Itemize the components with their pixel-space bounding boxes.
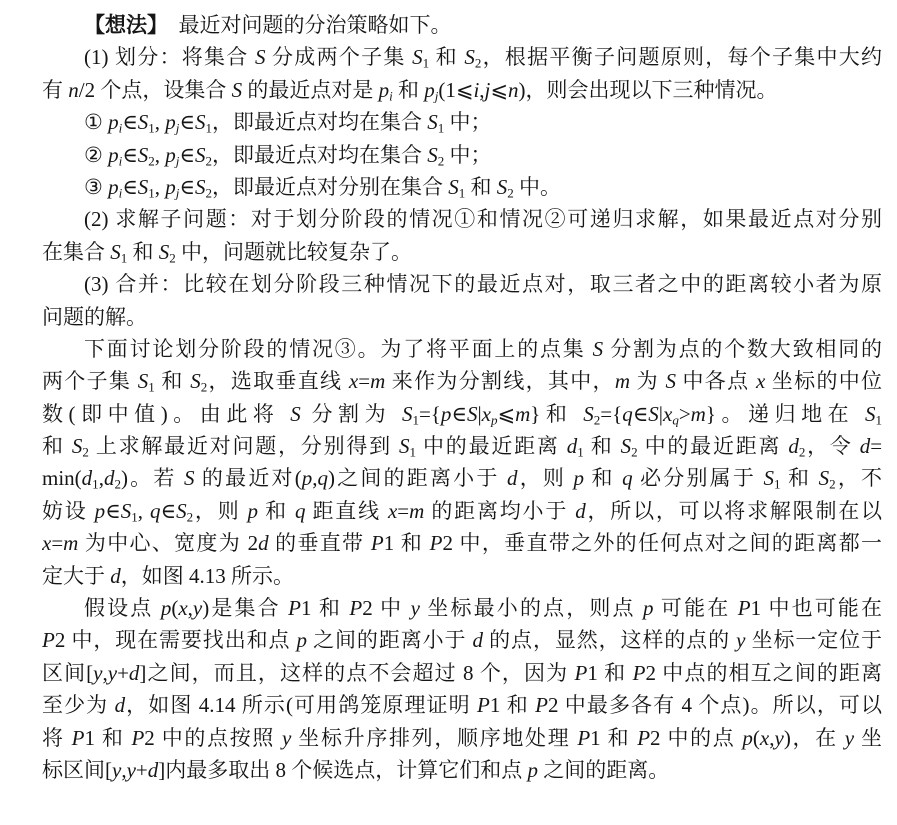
math-run: S1 [412, 45, 429, 69]
math-variable: S [110, 240, 121, 264]
math-run: p [248, 499, 259, 523]
math-variable: p [302, 466, 313, 490]
math-run: S2 [427, 143, 444, 167]
math-run: d1,d2 [82, 466, 121, 490]
text-run: 标区间 [42, 758, 105, 782]
math-run: S2 [190, 369, 207, 393]
math-run: S1 [448, 175, 465, 199]
math-symbol: ( [753, 726, 760, 750]
math-symbol: 2 [55, 628, 66, 652]
text-line: ② pi∈S2, pj∈S2，即最近点对均在集合 S2 中； [42, 139, 882, 171]
math-variable: p [742, 726, 753, 750]
math-symbol: 2 [144, 726, 155, 750]
math-variable: p [108, 110, 119, 134]
text-run: 距直线 [305, 499, 388, 523]
math-variable: p [528, 758, 539, 782]
math-variable: n [68, 78, 79, 102]
math-variable: y [282, 726, 291, 750]
math-symbol: ( [295, 466, 302, 490]
text-run: 和 [42, 434, 72, 458]
math-symbol: 2 [650, 726, 661, 750]
math-variable: d [507, 466, 518, 490]
text-run: 中的最近距离 [416, 434, 567, 458]
text-run: 和 [312, 596, 350, 620]
math-variable: p [441, 402, 452, 426]
math-variable: d [567, 434, 578, 458]
math-variable: q [295, 499, 306, 523]
text-run: 分割为 [301, 402, 402, 426]
text-line: 将 P1 和 P2 中的点按照 y 坐标升序排列，顺序地处理 P1 和 P2 中… [42, 722, 882, 754]
math-symbol: = [397, 499, 409, 523]
math-symbol: ⩽ [456, 78, 474, 102]
text-run: 和 [465, 175, 497, 199]
math-run: S2 [464, 45, 481, 69]
math-symbol [143, 499, 150, 523]
math-variable: p [297, 628, 308, 652]
math-run: S1 [138, 369, 155, 393]
math-variable: P [349, 596, 362, 620]
text-run: 中，现在需要找出和点 [65, 628, 296, 652]
text-run: ，所以，可以将求解限制在以 [586, 499, 882, 523]
math-variable: S [195, 110, 206, 134]
math-run: p [297, 628, 308, 652]
text-run: 和 [429, 45, 464, 69]
math-variable: p [165, 110, 176, 134]
document-page: 【想法】 最近对问题的分治策略如下。(1) 划分：将集合 S 分成两个子集 S1… [0, 0, 897, 786]
math-symbol: ) [519, 78, 526, 102]
math-run: (p,q) [295, 466, 335, 490]
math-symbol: 2 [362, 596, 373, 620]
math-variable: S [195, 175, 206, 199]
math-run: P2 [131, 726, 154, 750]
math-symbol: = [419, 402, 431, 426]
math-variable: S [399, 434, 410, 458]
math-run: [y,y+d] [105, 758, 165, 782]
text-line: 两个子集 S1 和 S2，选取垂直线 x=m 来作为分割线，其中，m 为 S 中… [42, 365, 882, 397]
math-symbol: > [679, 402, 691, 426]
math-run: S1={p∈S|xp⩽m} [402, 402, 540, 426]
text-run: 中点的相互之间的距离 [656, 661, 882, 685]
math-variable: x [482, 402, 491, 426]
text-run: 之间的距离小于 [335, 466, 507, 490]
math-variable: S [583, 402, 594, 426]
math-symbol: ∈ [105, 499, 121, 523]
math-run: y [845, 726, 854, 750]
math-variable: x [349, 369, 358, 393]
text-run: 和 [500, 693, 535, 717]
math-variable: p [165, 143, 176, 167]
math-variable: m [615, 369, 630, 393]
math-variable: y [93, 661, 102, 685]
math-run: p [643, 596, 654, 620]
text-run: 和 [781, 466, 819, 490]
math-variable: S [159, 240, 170, 264]
text-run: 个点，设集合 [95, 78, 232, 102]
math-variable: d [473, 628, 484, 652]
math-variable: p [643, 596, 654, 620]
math-variable: P [738, 596, 751, 620]
text-run: 坐标最小的点，则点 [420, 596, 643, 620]
text-run: 之间，而且，这样的点不会超过 8 个，因为 [146, 661, 574, 685]
math-variable: d [129, 661, 140, 685]
text-run: 中最多各有 4 个点)。所以，可以 [558, 693, 882, 717]
math-run: S [232, 78, 243, 102]
math-symbol: = [358, 369, 370, 393]
math-symbol: 1 [590, 726, 601, 750]
math-run: S2 [159, 240, 176, 264]
math-run: pj(1⩽i,j⩽n) [424, 78, 525, 102]
text-run: 坐 [854, 726, 882, 750]
text-run: 数(即中值)。由此将 [42, 402, 290, 426]
math-run: x [756, 369, 765, 393]
math-symbol: ∈ [451, 402, 467, 426]
math-variable: S [232, 78, 243, 102]
math-run: P2 [349, 596, 372, 620]
text-run: ，即最近点对均在集合 [212, 143, 427, 167]
math-variable: S [190, 369, 201, 393]
math-run: d [115, 693, 126, 717]
math-variable: m [409, 499, 424, 523]
math-run: P1 [738, 596, 761, 620]
math-variable: q [622, 402, 633, 426]
math-variable: p [248, 499, 259, 523]
math-symbol: 2 [443, 531, 454, 555]
math-run: S2 [621, 434, 638, 458]
math-run: p [528, 758, 539, 782]
text-run: 和 [95, 726, 132, 750]
math-symbol: ) [784, 726, 791, 750]
text-line: P2 中，现在需要找出和点 p 之间的距离小于 d 的点，显然，这样的点的 y … [42, 624, 882, 656]
text-line: 定大于 d，如图 4.13 所示。 [42, 560, 882, 592]
math-variable: S [497, 175, 508, 199]
text-run: 至少为 [42, 693, 115, 717]
math-variable: x [756, 369, 765, 393]
math-variable: P [42, 628, 55, 652]
math-variable: S [402, 402, 413, 426]
math-run: d= [860, 434, 882, 458]
math-variable: d [115, 693, 126, 717]
math-symbol: ∈ [122, 110, 138, 134]
math-symbol: = [51, 531, 63, 555]
text-run: 和 [584, 466, 622, 490]
math-variable: m [515, 402, 530, 426]
math-variable: y [774, 726, 783, 750]
text-run: 下面讨论划分阶段的情况③。为了将平面上的点集 [84, 337, 593, 361]
text-run: (2) 求解子问题：对于划分阶段的情况①和情况②可递归求解，如果最近点对分别 [84, 207, 882, 231]
math-run: P2 [535, 693, 558, 717]
text-run: 分成两个子集 [266, 45, 413, 69]
math-run: S1 [427, 110, 444, 134]
math-variable: S [464, 45, 475, 69]
math-variable: d [104, 466, 115, 490]
math-run: pi∈S1, pj∈S1 [108, 110, 212, 134]
math-variable: P [477, 693, 490, 717]
text-run: 为 [630, 369, 665, 393]
math-variable: q [150, 499, 161, 523]
math-variable: y [112, 758, 121, 782]
math-symbol: + [136, 758, 148, 782]
math-variable: S [176, 499, 187, 523]
text-run: 最近对问题的分治策略如下。 [158, 13, 452, 37]
text-run: ③ [84, 175, 108, 199]
math-variable: S [427, 143, 438, 167]
math-run: y [282, 726, 291, 750]
lines-container: 【想法】 最近对问题的分治策略如下。(1) 划分：将集合 S 分成两个子集 S1… [42, 9, 882, 786]
math-variable: S [72, 434, 83, 458]
math-run: p [574, 466, 585, 490]
math-symbol: ⩽ [490, 78, 508, 102]
text-run: 的最近对 [194, 466, 294, 490]
text-run: 和 [598, 661, 633, 685]
math-variable: m [63, 531, 78, 555]
math-variable: P [535, 693, 548, 717]
text-run: 两个子集 [42, 369, 138, 393]
math-variable: x [760, 726, 769, 750]
text-line: 区间[y,y+d]之间，而且，这样的点不会超过 8 个，因为 P1 和 P2 中… [42, 657, 882, 689]
math-symbol: ⩽ [498, 402, 516, 426]
text-run: 必分别属于 [633, 466, 764, 490]
text-run: ，即最近点对均在集合 [212, 110, 427, 134]
math-symbol: ∈ [161, 499, 177, 523]
math-symbol: ∈ [122, 143, 138, 167]
math-variable: P [575, 661, 588, 685]
text-run: 坐标一定位于 [745, 628, 882, 652]
math-symbol: ) [328, 466, 335, 490]
text-run: 之间的距离小于 [307, 628, 473, 652]
math-run: x=m [42, 531, 78, 555]
math-symbol: = [870, 434, 882, 458]
text-run: ，如图 4.13 所示。 [121, 564, 294, 588]
math-run: S [665, 369, 676, 393]
text-run: 之间的距离。 [538, 758, 669, 782]
math-variable: P [577, 726, 590, 750]
text-line: ① pi∈S1, pj∈S1，即最近点对均在集合 S1 中； [42, 106, 882, 138]
text-run: 妨设 [42, 499, 95, 523]
text-run: ① [84, 110, 108, 134]
math-variable: S [138, 143, 149, 167]
text-run: 中 [373, 596, 411, 620]
math-variable: S [195, 143, 206, 167]
math-symbol: 1 [587, 661, 598, 685]
math-variable: S [865, 402, 876, 426]
math-variable: p [161, 596, 172, 620]
math-run: n/2 [68, 78, 95, 102]
math-run: S [255, 45, 266, 69]
math-variable: x [663, 402, 672, 426]
math-variable: p [574, 466, 585, 490]
math-variable: d [860, 434, 871, 458]
math-run: d [473, 628, 484, 652]
text-run: ，即最近点对分别在集合 [212, 175, 448, 199]
math-symbol: ∈ [122, 175, 138, 199]
text-run: ，令 [805, 434, 859, 458]
text-run: 中的点 [661, 726, 743, 750]
math-run: P2 [430, 531, 453, 555]
math-run: S2 [819, 466, 836, 490]
math-variable: n [508, 78, 519, 102]
text-line: 至少为 d，如图 4.14 所示(可用鸽笼原理证明 P1 和 P2 中最多各有 … [42, 689, 882, 721]
math-run: d [110, 564, 121, 588]
text-run: 的距离均小于 [424, 499, 575, 523]
math-run: x=m [349, 369, 385, 393]
math-run: P1 [575, 661, 598, 685]
math-symbol: 1 [751, 596, 762, 620]
math-variable: p [108, 143, 119, 167]
math-run: S1 [865, 402, 882, 426]
math-variable: d [788, 434, 799, 458]
subscript: 1 [876, 412, 883, 427]
math-variable: P [288, 596, 301, 620]
math-symbol: [ [105, 758, 112, 782]
text-run: 在集合 [42, 240, 110, 264]
text-run: ，则 [518, 466, 574, 490]
math-symbol: } [530, 402, 540, 426]
text-run: 和 [127, 240, 159, 264]
text-run: 和 [393, 78, 425, 102]
math-run: p∈S1, q∈S2 [95, 499, 193, 523]
math-symbol: { [612, 402, 622, 426]
text-run: 可能在 [654, 596, 738, 620]
text-run: 区间 [42, 661, 86, 685]
math-variable: d [148, 758, 159, 782]
text-run: ，如图 4.14 所示(可用鸽笼原理证明 [125, 693, 477, 717]
text-run: 的垂直带 [269, 531, 371, 555]
math-run: S2 [72, 434, 89, 458]
math-symbol: 1 [445, 78, 456, 102]
math-variable: S [290, 402, 301, 426]
text-run: ，则 [193, 499, 247, 523]
text-run: 和 [155, 369, 190, 393]
math-run: P1 [371, 531, 394, 555]
text-run: (1) 划分：将集合 [84, 45, 255, 69]
math-run: P2 [637, 726, 660, 750]
math-run: pi∈S1, pj∈S2 [108, 175, 212, 199]
text-line: 数(即中值)。由此将 S 分割为 S1={p∈S|xp⩽m}和 S2={q∈S|… [42, 398, 882, 430]
text-line: 妨设 p∈S1, q∈S2，则 p 和 q 距直线 x=m 的距离均小于 d，所… [42, 495, 882, 527]
math-variable: P [637, 726, 650, 750]
text-run: 中，问题就比较复杂了。 [176, 240, 412, 264]
math-variable: S [621, 434, 632, 458]
math-run: S1 [110, 240, 127, 264]
math-variable: S [764, 466, 775, 490]
math-run: P1 [577, 726, 600, 750]
math-variable: x [178, 596, 187, 620]
math-symbol: 2 [645, 661, 656, 685]
text-line: x=m 为中心、宽度为 2d 的垂直带 P1 和 P2 中，垂直带之外的任何点对… [42, 527, 882, 559]
math-run: P2 [42, 628, 65, 652]
math-run: S1 [399, 434, 416, 458]
math-run: S2 [497, 175, 514, 199]
text-run: 中，垂直带之外的任何点对之间的距离都一 [453, 531, 882, 555]
text-line: (1) 划分：将集合 S 分成两个子集 S1 和 S2，根据平衡子问题原则，每个… [42, 41, 882, 73]
math-symbol: = [600, 402, 612, 426]
text-run: ② [84, 143, 108, 167]
math-symbol: 2 [248, 531, 259, 555]
text-line: 假设点 p(x,y)是集合 P1 和 P2 中 y 坐标最小的点，则点 p 可能… [42, 592, 882, 624]
math-run: S2={q∈S|xq>m} [583, 402, 716, 426]
math-variable: m [691, 402, 706, 426]
math-variable: S [467, 402, 478, 426]
text-run: 是集合 [209, 596, 288, 620]
math-symbol: } [706, 402, 716, 426]
math-variable: p [379, 78, 390, 102]
text-run: 和 [540, 402, 583, 426]
math-variable: m [370, 369, 385, 393]
math-variable: S [448, 175, 459, 199]
text-run: (3) 合并：比较在划分阶段三种情况下的最近点对，取三者之中的距离较小者为原 [84, 272, 882, 296]
math-symbol: 2 [548, 693, 559, 717]
idea-label: 【想法】 [84, 14, 158, 37]
math-variable: p [95, 499, 106, 523]
math-run: y [411, 596, 420, 620]
math-run: d [507, 466, 518, 490]
math-variable: P [430, 531, 443, 555]
math-variable: p [108, 175, 119, 199]
text-run: 问题的解。 [42, 305, 147, 329]
math-symbol: 1 [490, 693, 501, 717]
math-run: q [295, 499, 306, 523]
math-variable: S [593, 337, 604, 361]
screenshot-root: { "page": { "background_color": "#ffffff… [0, 0, 897, 825]
math-run: S [593, 337, 604, 361]
text-line: 问题的解。 [42, 301, 882, 333]
text-run: ，根据平衡子问题原则，每个子集中大约 [481, 45, 882, 69]
math-run: x=m [388, 499, 424, 523]
text-run: 中； [444, 110, 491, 134]
math-variable: S [665, 369, 676, 393]
math-symbol: { [431, 402, 441, 426]
math-run: d2 [788, 434, 805, 458]
math-variable: S [121, 499, 132, 523]
math-run: m [615, 369, 630, 393]
text-run: 将 [42, 726, 72, 750]
math-run: P1 [288, 596, 311, 620]
math-variable: S [138, 110, 149, 134]
math-variable: x [42, 531, 51, 555]
math-variable: S [255, 45, 266, 69]
math-run: P1 [72, 726, 95, 750]
math-symbol: 1 [84, 726, 95, 750]
math-run: pi [379, 78, 393, 102]
text-run: 和 [601, 726, 638, 750]
math-variable: y [411, 596, 420, 620]
math-symbol: + [117, 661, 129, 685]
text-line: (2) 求解子问题：对于划分阶段的情况①和情况②可递归求解，如果最近点对分别 [42, 203, 882, 235]
math-symbol: 1 [384, 531, 395, 555]
text-run: 假设点 [84, 596, 161, 620]
math-variable: P [633, 661, 646, 685]
math-variable: q [317, 466, 328, 490]
math-variable: y [845, 726, 854, 750]
math-variable: S [648, 402, 659, 426]
math-variable: y [127, 758, 136, 782]
text-run: 为中心、宽度为 [78, 531, 247, 555]
math-variable: y [193, 596, 202, 620]
text-run: 内最多取出 8 个候选点，计算它们和点 [165, 758, 527, 782]
text-run: 定大于 [42, 564, 110, 588]
math-variable: x [388, 499, 397, 523]
text-line: (3) 合并：比较在划分阶段三种情况下的最近点对，取三者之中的距离较小者为原 [42, 268, 882, 300]
text-line: 【想法】 最近对问题的分治策略如下。 [42, 9, 882, 41]
text-line: 在集合 S1 和 S2 中，问题就比较复杂了。 [42, 236, 882, 268]
text-line: min(d1,d2)。若 S 的最近对(p,q)之间的距离小于 d，则 p 和 … [42, 462, 882, 494]
text-line: 下面讨论划分阶段的情况③。为了将平面上的点集 S 分割为点的个数大致相同的 [42, 333, 882, 365]
math-symbol: 2 [85, 78, 96, 102]
text-run: 中的最近距离 [638, 434, 789, 458]
math-variable: p [165, 175, 176, 199]
math-run: [y,y+d] [86, 661, 146, 685]
text-run: min( [42, 466, 82, 490]
